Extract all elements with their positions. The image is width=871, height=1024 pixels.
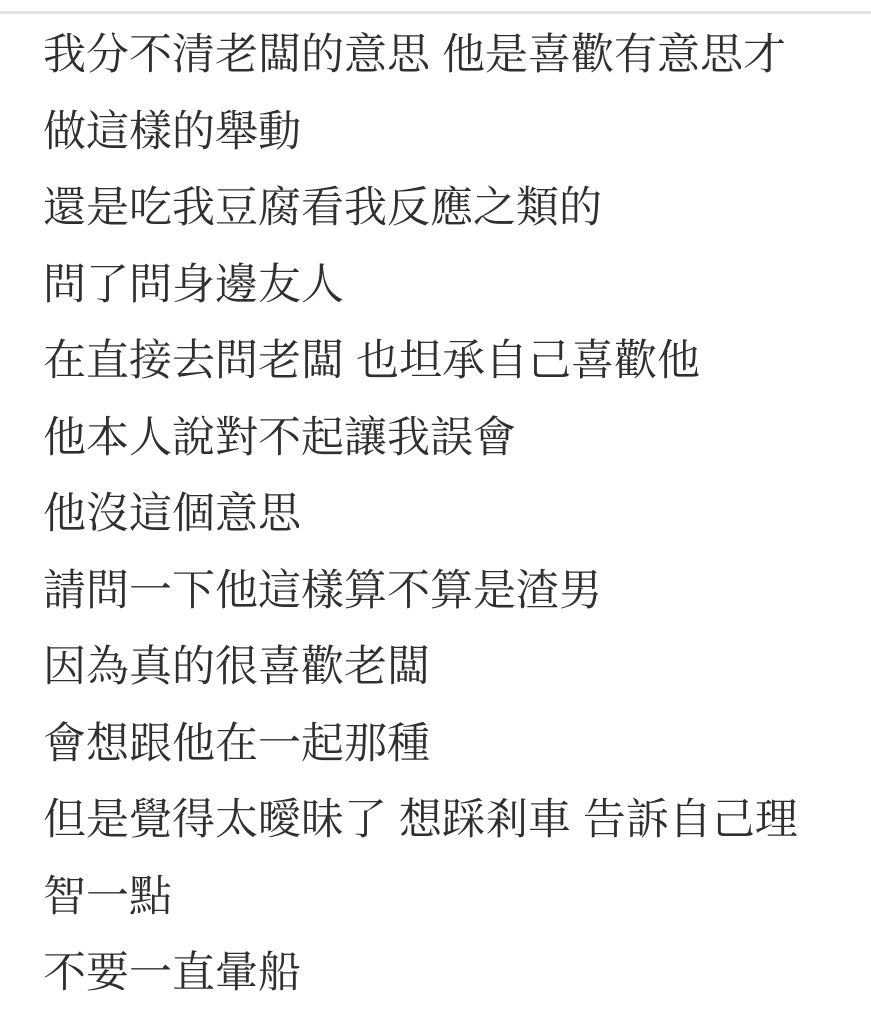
post-body-text: 我分不清老闆的意思 他是喜歡有意思才 做這樣的舉動 還是吃我豆腐看我反應之類的 … — [0, 14, 871, 1012]
post-text-line: 我分不清老闆的意思 他是喜歡有意思才 — [43, 17, 831, 94]
post-text-line: 他沒這個意思 — [43, 476, 831, 553]
post-page: 我分不清老闆的意思 他是喜歡有意思才 做這樣的舉動 還是吃我豆腐看我反應之類的 … — [0, 0, 871, 1024]
post-text-line: 但是覺得太曖昧了 想踩剎車 告訴自己理 — [43, 782, 831, 859]
post-text-line: 不要一直暈船 — [43, 935, 831, 1012]
post-text-line: 還是吃我豆腐看我反應之類的 — [43, 170, 831, 247]
post-text-line: 做這樣的舉動 — [43, 94, 831, 171]
post-text-line: 在直接去問老闆 也坦承自己喜歡他 — [43, 323, 831, 400]
post-text-line: 問了問身邊友人 — [43, 247, 831, 324]
post-text-line: 智一點 — [43, 859, 831, 936]
post-text-line: 會想跟他在一起那種 — [43, 706, 831, 783]
post-text-line: 他本人說對不起讓我誤會 — [43, 400, 831, 477]
post-text-line: 請問一下他這樣算不算是渣男 — [43, 553, 831, 630]
post-text-line: 因為真的很喜歡老闆 — [43, 629, 831, 706]
